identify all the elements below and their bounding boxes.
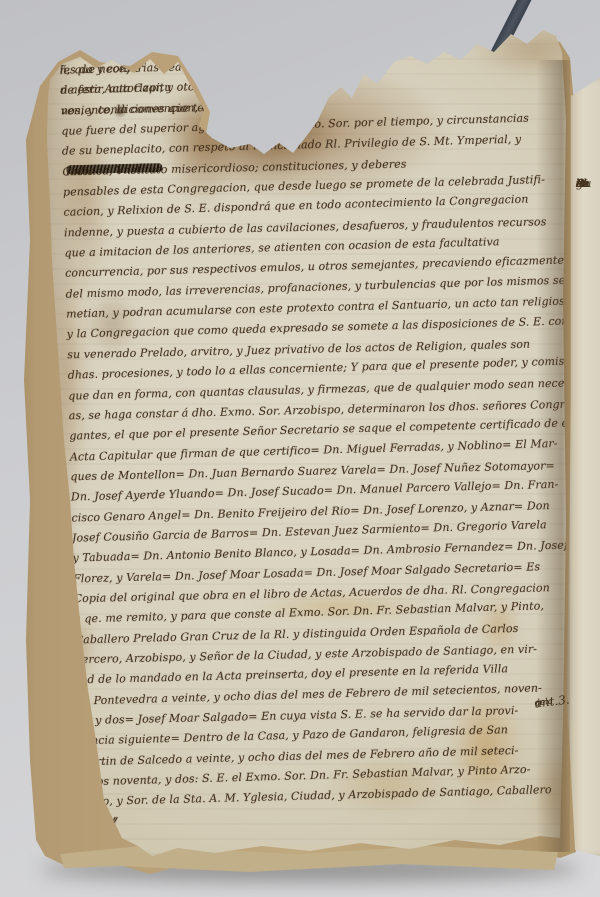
handwritten-text-block: les da y confieñ, que necesarias sean, p… (60, 51, 574, 837)
tear-hole-shadow (270, 80, 315, 120)
photo-of-manuscript: PerMdeCucosuadhDloconsecmloltdgtoGtolctd… (0, 0, 600, 897)
letter-fragment: d (576, 174, 583, 194)
line-text: indis- (62, 164, 97, 178)
gutter-fold-shadow (536, 60, 570, 852)
